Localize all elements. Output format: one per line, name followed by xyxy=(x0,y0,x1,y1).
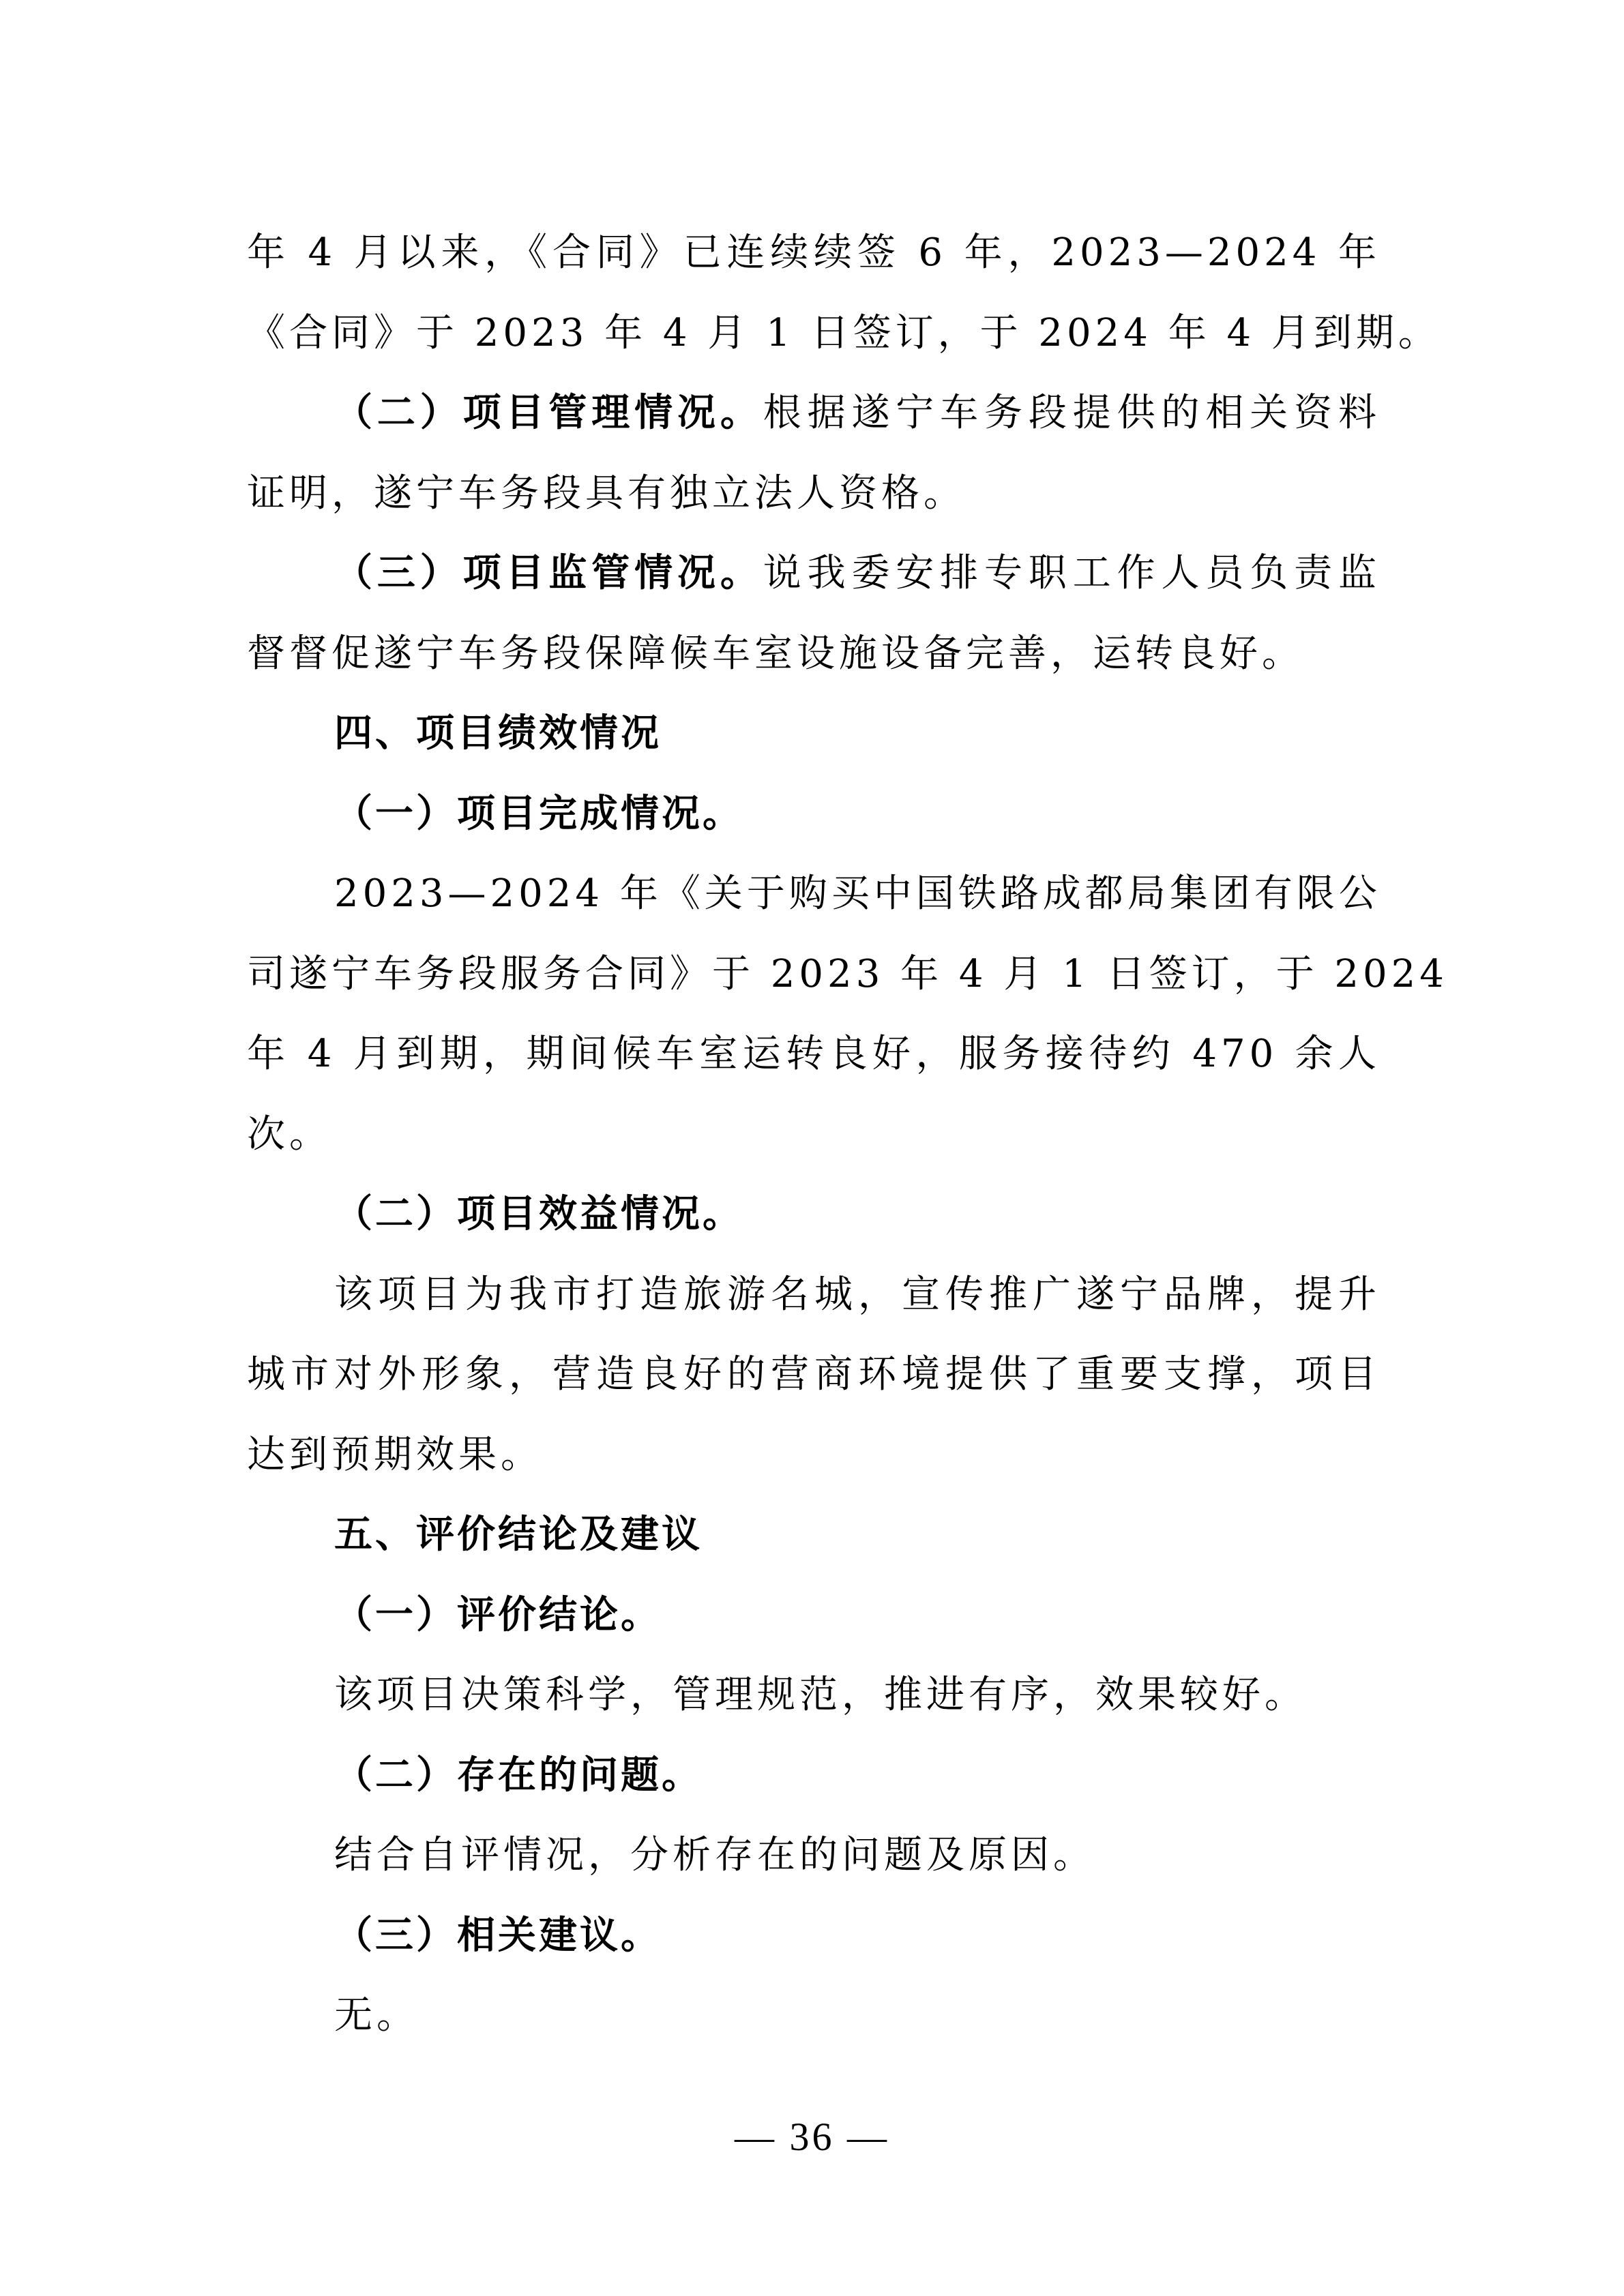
line-text: 无。 xyxy=(334,1993,419,2038)
paragraph-line: 无。 xyxy=(247,1976,1381,2056)
paragraph-line: 2023—2024 年《关于购买中国铁路成都局集团有限公 xyxy=(247,854,1381,934)
subsection-heading: （二）存在的问题。 xyxy=(247,1735,1381,1816)
line-text: 证明，遂宁车务段具有独立法人资格。 xyxy=(247,471,966,516)
paragraph-line: 该项目为我市打造旅游名城，宣传推广遂宁品牌，提升 xyxy=(247,1255,1381,1335)
paragraph-line: 年 4 月以来，《合同》已连续续签 6 年，2023—2024 年 xyxy=(247,213,1381,293)
section-heading: 四、项目绩效情况 xyxy=(247,694,1381,774)
line-text: 年 4 月到期，期间候车室运转良好，服务接待约 470 余人 xyxy=(247,1032,1381,1076)
section-heading-text: 四、项目绩效情况 xyxy=(334,711,662,756)
section-heading-text: 五、评价结论及建议 xyxy=(334,1512,703,1557)
paragraph-line: 证明，遂宁车务段具有独立法人资格。 xyxy=(247,453,1381,534)
line-text: 该项目决策科学，管理规范，推进有序，效果较好。 xyxy=(334,1673,1307,1717)
paragraph-line: 该项目决策科学，管理规范，推进有序，效果较好。 xyxy=(247,1655,1381,1735)
line-text: 城市对外形象，营造良好的营商环境提供了重要支撑，项目 xyxy=(247,1352,1381,1397)
paragraph-line: 《合同》于 2023 年 4 月 1 日签订，于 2024 年 4 月到期。 xyxy=(247,293,1381,374)
line-text: 该项目为我市打造旅游名城，宣传推广遂宁品牌，提升 xyxy=(334,1272,1381,1317)
line-text: 根据遂宁车务段提供的相关资料 xyxy=(763,391,1381,435)
paragraph-line: 次。 xyxy=(247,1094,1381,1175)
subsection-heading-text: （一）项目完成情况。 xyxy=(334,792,743,836)
subsection-heading: （三）相关建议。 xyxy=(247,1896,1381,1976)
line-text: 《合同》于 2023 年 4 月 1 日签订，于 2024 年 4 月到期。 xyxy=(247,311,1441,355)
section-heading: 五、评价结论及建议 xyxy=(247,1495,1381,1575)
paragraph-line: （二）项目管理情况。根据遂宁车务段提供的相关资料 xyxy=(247,373,1381,453)
subsection-heading: （一）评价结论。 xyxy=(247,1575,1381,1656)
line-text: 年 4 月以来，《合同》已连续续签 6 年，2023—2024 年 xyxy=(247,230,1381,275)
subsection-heading-text: （二）存在的问题。 xyxy=(334,1753,703,1798)
page-number: — 36 — xyxy=(0,2114,1624,2160)
subsection-heading: （一）项目完成情况。 xyxy=(247,774,1381,854)
subsection-heading-text: （一）评价结论。 xyxy=(334,1593,662,1637)
paragraph-line: 城市对外形象，营造良好的营商环境提供了重要支撑，项目 xyxy=(247,1335,1381,1415)
line-text: 2023—2024 年《关于购买中国铁路成都局集团有限公 xyxy=(334,871,1381,916)
line-text: 次。 xyxy=(247,1112,331,1157)
subsection-heading: （三）项目监管情况。 xyxy=(334,551,763,595)
paragraph-line: 司遂宁车务段服务合同》于 2023 年 4 月 1 日签订，于 2024 xyxy=(247,934,1381,1015)
paragraph-line: 督督促遂宁车务段保障候车室设施设备完善，运转良好。 xyxy=(247,614,1381,694)
subsection-heading-text: （二）项目效益情况。 xyxy=(334,1192,743,1236)
subsection-heading: （二）项目管理情况。 xyxy=(334,391,763,435)
paragraph-line: 达到预期效果。 xyxy=(247,1415,1381,1495)
line-text: 结合自评情况，分析存在的问题及原因。 xyxy=(334,1833,1095,1877)
line-text: 督督促遂宁车务段保障候车室设施设备完善，运转良好。 xyxy=(247,631,1304,676)
line-text: 司遂宁车务段服务合同》于 2023 年 4 月 1 日签订，于 2024 xyxy=(247,952,1448,996)
paragraph-line: 结合自评情况，分析存在的问题及原因。 xyxy=(247,1815,1381,1896)
paragraph-line: （三）项目监管情况。说我委安排专职工作人员负责监 xyxy=(247,533,1381,614)
document-body: 年 4 月以来，《合同》已连续续签 6 年，2023—2024 年 《合同》于 … xyxy=(247,213,1381,2056)
subsection-heading: （二）项目效益情况。 xyxy=(247,1174,1381,1255)
line-text: 达到预期效果。 xyxy=(247,1433,543,1477)
paragraph-line: 年 4 月到期，期间候车室运转良好，服务接待约 470 余人 xyxy=(247,1014,1381,1094)
subsection-heading-text: （三）相关建议。 xyxy=(334,1913,662,1958)
line-text: 说我委安排专职工作人员负责监 xyxy=(763,551,1381,595)
